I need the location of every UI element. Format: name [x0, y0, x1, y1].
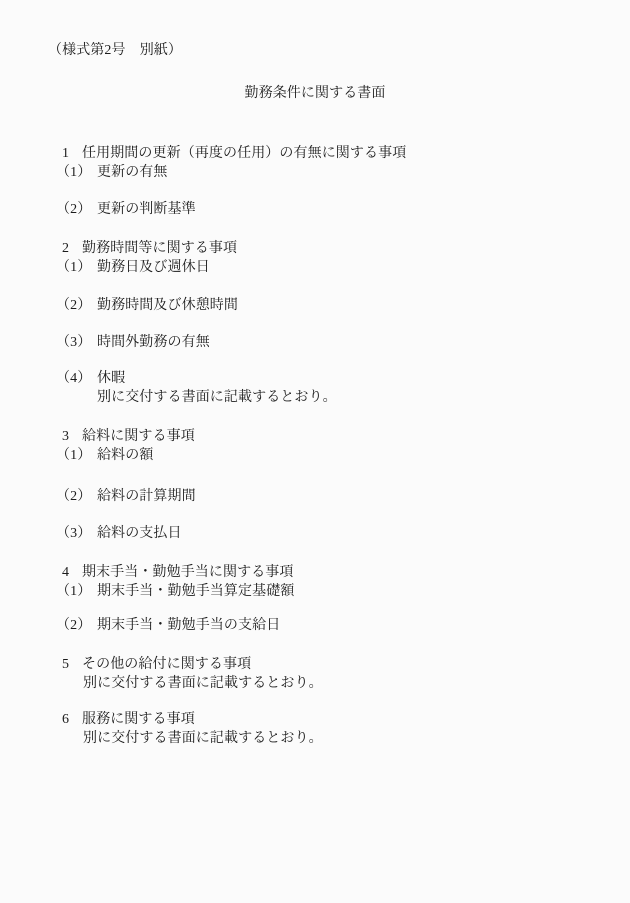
section-3-item-2: （2）給料の計算期間: [56, 487, 196, 506]
section-2-item-4-note: 別に交付する書面に記載するとおり。: [97, 388, 337, 407]
section-5-number: 5: [62, 655, 82, 674]
item-text: 給料の計算期間: [97, 489, 196, 504]
section-6-title: 服務に関する事項: [82, 712, 195, 727]
item-text: 期末手当・勤勉手当算定基礎額: [97, 584, 294, 599]
section-5-heading: 5その他の給付に関する事項: [62, 655, 251, 674]
section-3-item-3: （3）給料の支払日: [56, 524, 182, 543]
section-3-heading: 3給料に関する事項: [62, 427, 195, 446]
section-4-heading: 4期末手当・勤勉手当に関する事項: [62, 563, 294, 582]
section-1-number: 1: [62, 144, 82, 163]
item-text: 更新の有無: [97, 165, 168, 180]
item-label: （2）: [56, 487, 97, 506]
item-text: 休暇: [97, 371, 125, 386]
section-6-heading: 6服務に関する事項: [62, 710, 195, 729]
section-6-note: 別に交付する書面に記載するとおり。: [83, 729, 323, 748]
section-3-number: 3: [62, 427, 82, 446]
item-label: （1）: [56, 446, 97, 465]
section-2-item-4: （4）休暇: [56, 369, 125, 388]
item-label: （2）: [56, 616, 97, 635]
section-5-title: その他の給付に関する事項: [82, 657, 251, 672]
item-text: 期末手当・勤勉手当の支給日: [97, 618, 280, 633]
section-3-title: 給料に関する事項: [82, 429, 195, 444]
item-text: 更新の判断基準: [97, 202, 196, 217]
item-text: 時間外勤務の有無: [97, 335, 210, 350]
section-4-item-1: （1）期末手当・勤勉手当算定基礎額: [56, 582, 294, 601]
item-text: 勤務時間及び休憩時間: [97, 298, 238, 313]
item-text: 給料の額: [97, 448, 153, 463]
item-label: （1）: [56, 258, 97, 277]
section-5-note: 別に交付する書面に記載するとおり。: [83, 674, 323, 693]
item-label: （4）: [56, 369, 97, 388]
item-label: （1）: [56, 582, 97, 601]
section-4-title: 期末手当・勤勉手当に関する事項: [82, 565, 294, 580]
item-text: 給料の支払日: [97, 526, 182, 541]
section-2-item-1: （1）勤務日及び週休日: [56, 258, 210, 277]
document-page: （様式第2号 別紙） 勤務条件に関する書面 1任用期間の更新（再度の任用）の有無…: [0, 0, 630, 903]
section-2-number: 2: [62, 239, 82, 258]
section-2-heading: 2勤務時間等に関する事項: [62, 239, 237, 258]
section-1-heading: 1任用期間の更新（再度の任用）の有無に関する事項: [62, 144, 406, 163]
section-2-title: 勤務時間等に関する事項: [82, 241, 237, 256]
section-1-item-1: （1）更新の有無: [56, 163, 168, 182]
form-number-label: （様式第2号 別紙）: [48, 41, 182, 60]
document-title: 勤務条件に関する書面: [0, 84, 630, 103]
section-4-item-2: （2）期末手当・勤勉手当の支給日: [56, 616, 280, 635]
item-label: （2）: [56, 296, 97, 315]
item-label: （3）: [56, 524, 97, 543]
item-label: （1）: [56, 163, 97, 182]
section-6-number: 6: [62, 710, 82, 729]
item-label: （3）: [56, 333, 97, 352]
section-1-item-2: （2）更新の判断基準: [56, 200, 196, 219]
section-2-item-2: （2）勤務時間及び休憩時間: [56, 296, 238, 315]
section-4-number: 4: [62, 563, 82, 582]
section-3-item-1: （1）給料の額: [56, 446, 153, 465]
section-1-title: 任用期間の更新（再度の任用）の有無に関する事項: [82, 146, 406, 161]
item-text: 勤務日及び週休日: [97, 260, 210, 275]
item-label: （2）: [56, 200, 97, 219]
section-2-item-3: （3）時間外勤務の有無: [56, 333, 210, 352]
